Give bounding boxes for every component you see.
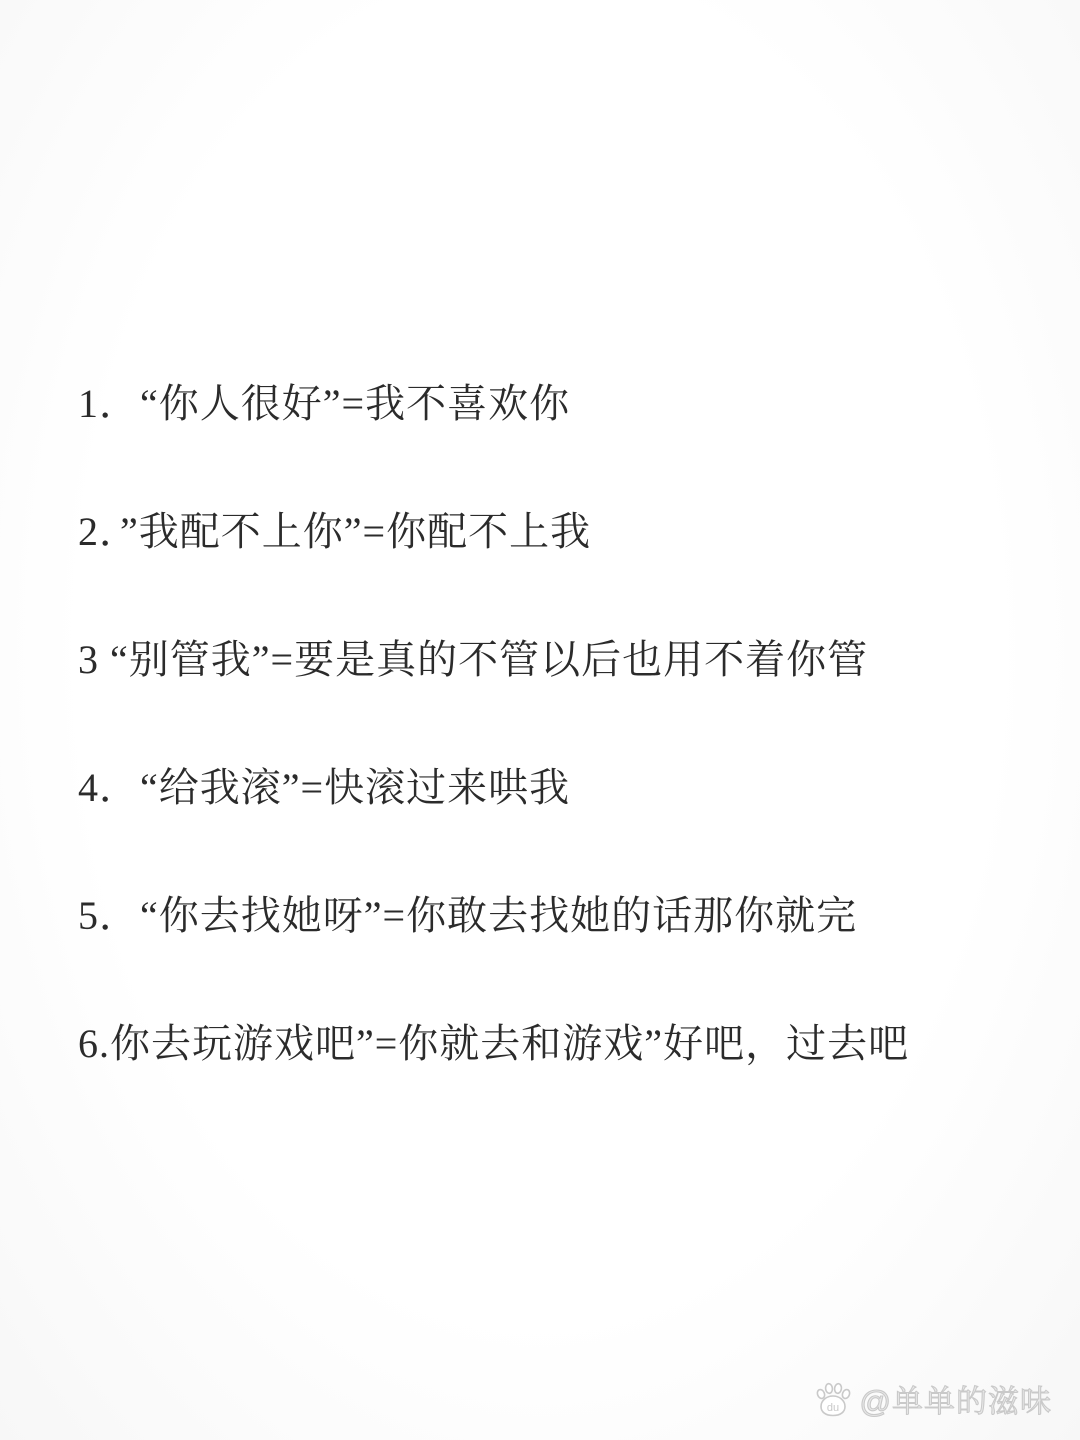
baidu-paw-icon: du (812, 1382, 854, 1420)
list-item: 5．“你去找她呀”=你敢去找她的话那你就完 (78, 893, 857, 939)
list-item: 6.你去玩游戏吧”=你就去和游戏”好吧，过去吧 (78, 1021, 909, 1067)
list-item: 2．”我配不上你”=你配不上我 (78, 509, 591, 555)
watermark: du @单单的滋味 (812, 1382, 1052, 1420)
list-item: 4．“给我滚”=快滚过来哄我 (78, 765, 570, 811)
list-item: 3 “别管我”=要是真的不管以后也用不着你管 (78, 637, 868, 683)
list-item: 1．“你人很好”=我不喜欢你 (78, 381, 570, 427)
watermark-text: @单单的滋味 (860, 1386, 1052, 1417)
paw-icon-label: du (826, 1402, 838, 1414)
page: 1．“你人很好”=我不喜欢你 2．”我配不上你”=你配不上我 3 “别管我”=要… (0, 0, 1080, 1440)
